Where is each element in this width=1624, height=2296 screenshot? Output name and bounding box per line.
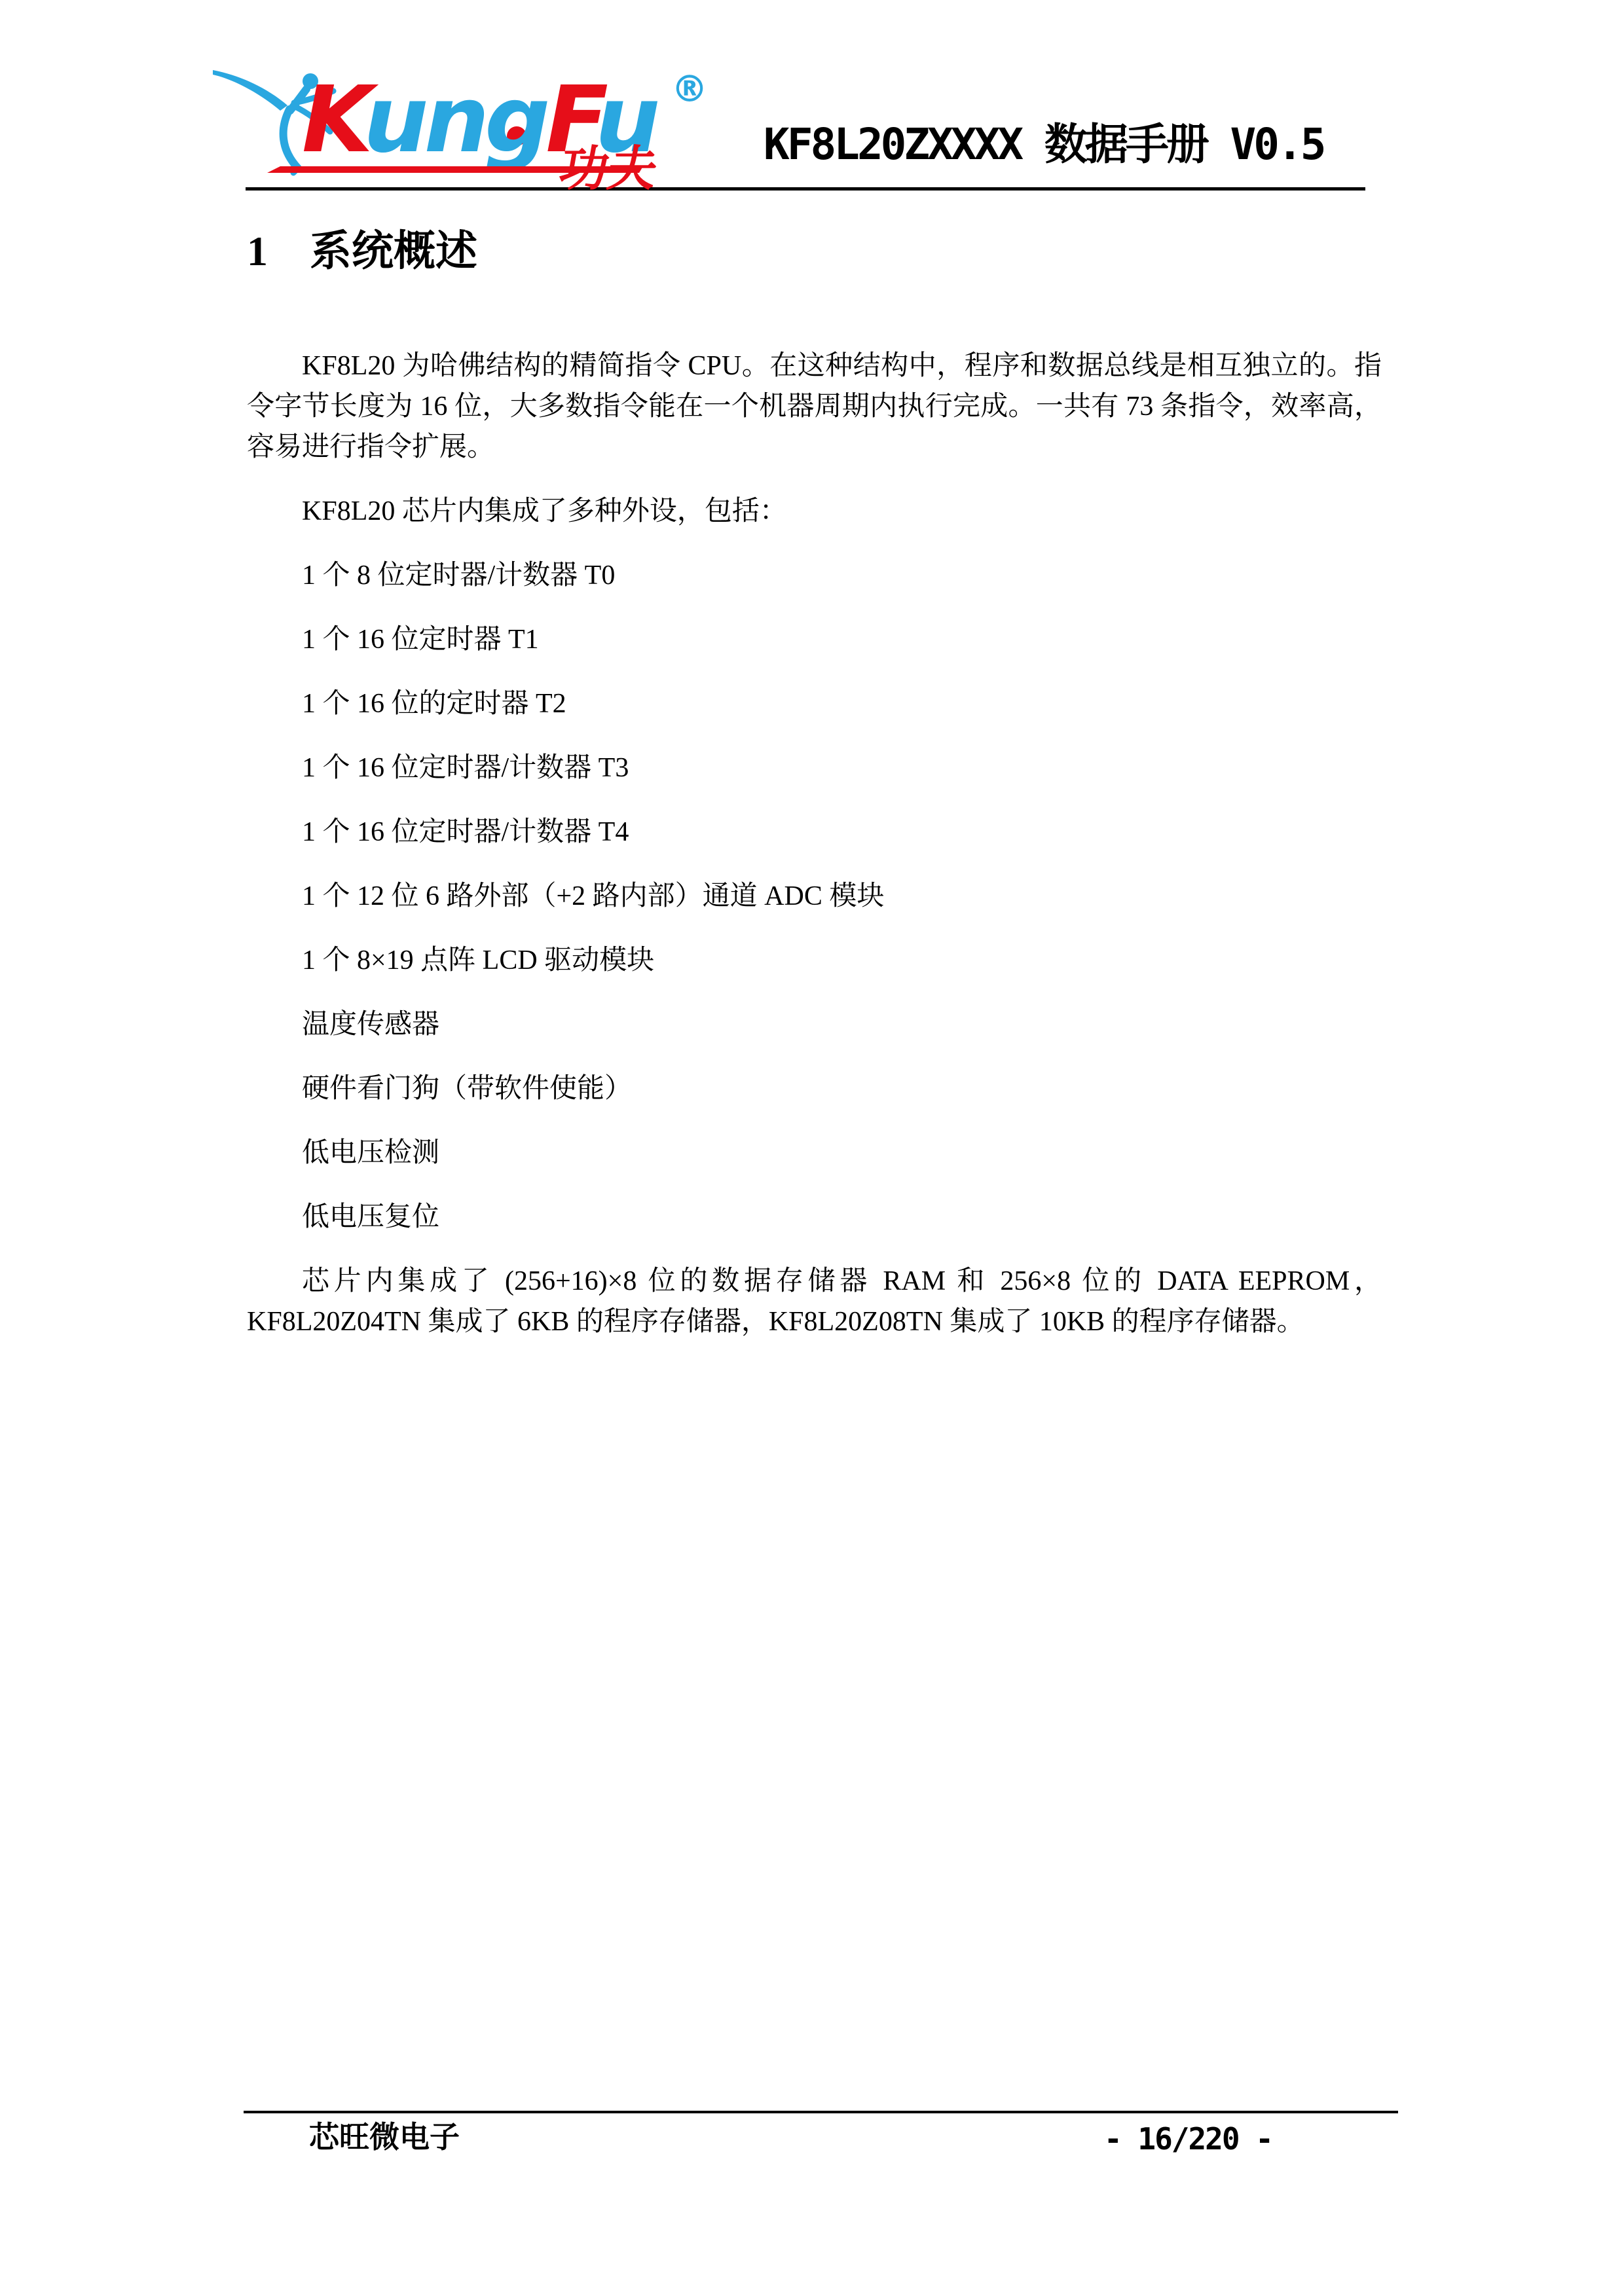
feature-item: 1 个 16 位定时器/计数器 T4 bbox=[247, 812, 1382, 852]
feature-item: 1 个 8 位定时器/计数器 T0 bbox=[247, 555, 1382, 596]
section-number: 1 bbox=[247, 228, 268, 274]
paragraph-memory: 芯片内集成了 (256+16)×8 位的数据存储器 RAM 和 256×8 位的… bbox=[247, 1261, 1382, 1342]
feature-item: 1 个 16 位的定时器 T2 bbox=[247, 683, 1382, 724]
feature-item: 硬件看门狗（带软件使能） bbox=[247, 1068, 1382, 1109]
footer-company: 芯旺微电子 bbox=[309, 2119, 460, 2157]
logo-letter: K bbox=[302, 67, 363, 173]
logo-letter: n bbox=[424, 67, 485, 173]
feature-item: 温度传感器 bbox=[247, 1004, 1382, 1045]
paragraph-cpu-overview: KF8L20 为哈佛结构的精简指令 CPU。在这种结构中，程序和数据总线是相互独… bbox=[247, 346, 1382, 467]
footer-page-number: - 16/220 - bbox=[1104, 2121, 1272, 2157]
header-rule bbox=[246, 187, 1365, 191]
section-title: 系统概述 bbox=[310, 228, 477, 274]
document-title: KF8L20ZXXXX 数据手册 V0.5 bbox=[764, 123, 1324, 166]
content: 1系统概述 KF8L20 为哈佛结构的精简指令 CPU。在这种结构中，程序和数据… bbox=[247, 225, 1382, 1342]
feature-item: 低电压复位 bbox=[247, 1197, 1382, 1237]
datasheet-page: { "colors": { "logo_blue": "#2aa7e0", "l… bbox=[0, 0, 1624, 2296]
logo-letter: u bbox=[363, 67, 424, 173]
logo-chinese-text: 功夫 bbox=[555, 145, 661, 193]
feature-list: 1 个 8 位定时器/计数器 T01 个 16 位定时器 T11 个 16 位的… bbox=[247, 555, 1382, 1237]
feature-item: 低电压检测 bbox=[247, 1133, 1382, 1173]
footer-rule bbox=[244, 2111, 1398, 2113]
page: KungFu ® 功夫 KF8L20ZXXXX 数据手册 V0.5 1系统概述 … bbox=[0, 0, 1624, 2296]
registered-trademark-icon: ® bbox=[671, 71, 708, 108]
feature-item: 1 个 16 位定时器/计数器 T3 bbox=[247, 748, 1382, 788]
kungfu-logo: KungFu ® 功夫 bbox=[213, 67, 710, 198]
logo-letter: g bbox=[485, 67, 545, 173]
feature-item: 1 个 8×19 点阵 LCD 驱动模块 bbox=[247, 940, 1382, 981]
paragraph-peripherals-intro: KF8L20 芯片内集成了多种外设，包括： bbox=[247, 491, 1382, 532]
feature-item: 1 个 12 位 6 路外部（+2 路内部）通道 ADC 模块 bbox=[247, 876, 1382, 917]
section-heading: 1系统概述 bbox=[247, 225, 1382, 278]
feature-item: 1 个 16 位定时器 T1 bbox=[247, 619, 1382, 660]
